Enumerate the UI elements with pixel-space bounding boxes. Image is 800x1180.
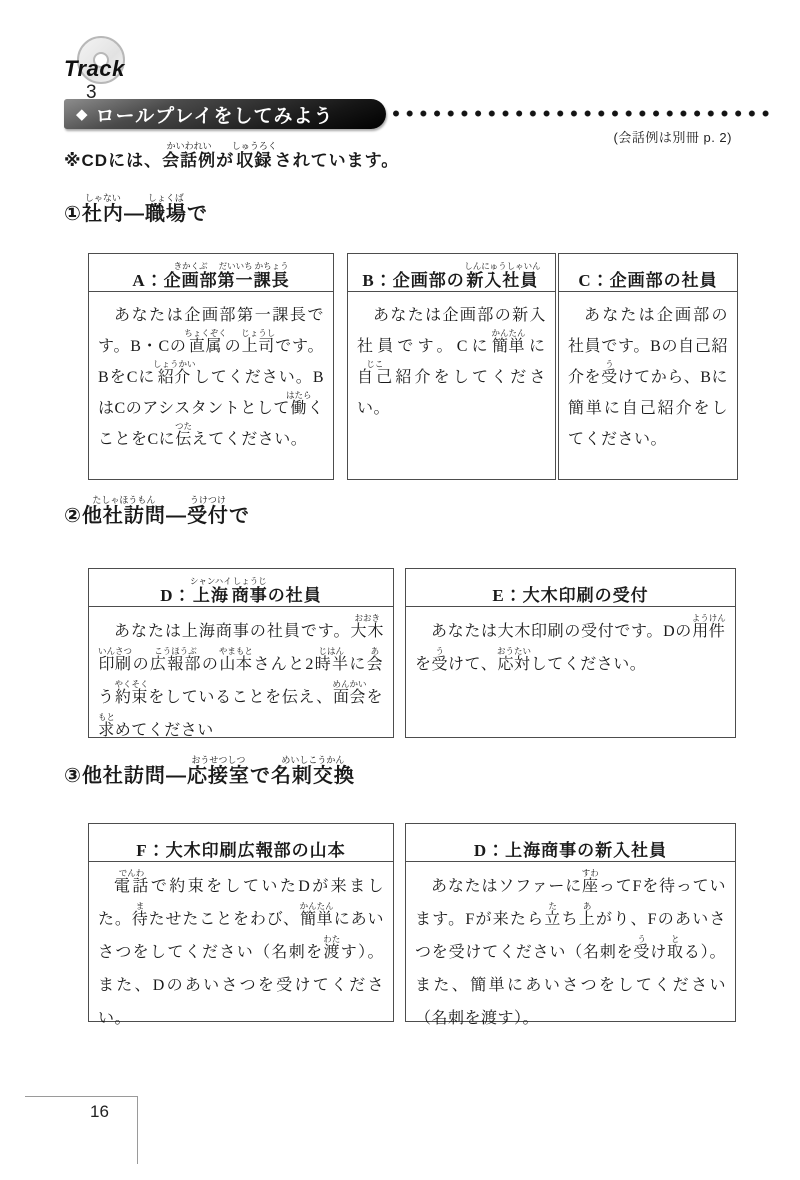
role-card-e-title: E：大木印刷の受付 <box>406 569 735 607</box>
track-label: Track <box>64 56 125 82</box>
section-2-heading: ②他社訪問たしゃほうもん―受付うけつけで <box>64 495 250 535</box>
role-card-a: A：企画部きかくぶ第一だいいち課長かちょう あなたは企画部第一課長です。B・Cの… <box>88 253 334 480</box>
textbook-page: Track 3 ◆ ロールプレイをしてみよう (会話例は別冊 p. 2) ※CD… <box>0 0 800 1180</box>
role-card-f: F：大木印刷広報部の山本 電話でんわで約束をしていたDが来ました。待またせたこと… <box>88 823 394 1022</box>
role-card-d2-instructions: あなたはソファーに座すわってFを待っています。Fが来たら立たち上あがり、Fのあい… <box>406 862 735 1035</box>
page-number: 16 <box>90 1102 109 1122</box>
role-card-d-title: D：上海シャンハイ商事しょうじの社員 <box>89 569 393 607</box>
role-card-e-instructions: あなたは大木印刷の受付です。Dの用件ようけんを受うけて、応対おうたいしてください… <box>406 607 735 681</box>
cd-note: ※CDには、会話例かいわれいが収録しゅうろくされています。 <box>64 141 399 177</box>
banner-title: ロールプレイをしてみよう <box>96 101 334 128</box>
role-card-c: C：企画部の社員 あなたは企画部の社員です。Bの自己紹介を受うけてから、Bに簡単… <box>558 253 738 480</box>
role-card-b-instructions: あなたは企画部の新入社員です。Cに簡単かんたんに自己じこ紹介をしてください。 <box>348 292 555 424</box>
role-card-e: E：大木印刷の受付 あなたは大木印刷の受付です。Dの用件ようけんを受うけて、応対… <box>405 568 736 738</box>
role-card-c-title: C：企画部の社員 <box>559 254 737 292</box>
role-card-c-instructions: あなたは企画部の社員です。Bの自己紹介を受うけてから、Bに簡単に自己紹介をしてく… <box>559 292 737 455</box>
role-card-b-title: B：企画部の新入社員しんにゅうしゃいん <box>348 254 555 292</box>
section-3-heading: ③他社訪問―応接室おうせつしつで名刺交換めいしこうかん <box>64 755 355 795</box>
diamond-icon: ◆ <box>76 105 88 123</box>
role-card-a-title: A：企画部きかくぶ第一だいいち課長かちょう <box>89 254 333 292</box>
role-card-d2: D：上海商事の新入社員 あなたはソファーに座すわってFを待っています。Fが来たら… <box>405 823 736 1022</box>
role-card-d: D：上海シャンハイ商事しょうじの社員 あなたは上海商事の社員です。大木おおき印刷… <box>88 568 394 738</box>
dot-leader <box>392 109 775 118</box>
role-card-f-title: F：大木印刷広報部の山本 <box>89 824 393 862</box>
role-card-a-instructions: あなたは企画部第一課長です。B・Cの直属ちょくぞくの上司じょうしです。BをCに紹… <box>89 292 333 455</box>
section-banner: ◆ ロールプレイをしてみよう <box>64 99 386 129</box>
footer-corner-vertical-line <box>137 1096 138 1164</box>
role-card-d-instructions: あなたは上海商事の社員です。大木おおき印刷いんさつの広報部こうほうぶの山本やまも… <box>89 607 393 747</box>
role-card-b: B：企画部の新入社員しんにゅうしゃいん あなたは企画部の新入社員です。Cに簡単か… <box>347 253 556 480</box>
role-card-d2-title: D：上海商事の新入社員 <box>406 824 735 862</box>
role-card-f-instructions: 電話でんわで約束をしていたDが来ました。待またせたことをわび、簡単かんたんにあい… <box>89 862 393 1035</box>
reference-note: (会話例は別冊 p. 2) <box>614 127 732 146</box>
section-1-heading: ①社内しゃない―職場しょくばで <box>64 193 208 233</box>
footer-corner-horizontal-line <box>25 1096 138 1097</box>
